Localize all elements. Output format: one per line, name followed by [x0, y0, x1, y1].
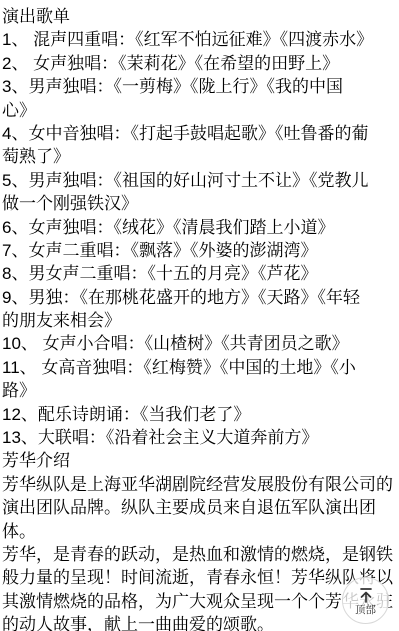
text-line: 芳华纵队是上海亚华湖剧院经营发展股份有限公司的: [2, 473, 399, 496]
text-line: 3、男声独唱：《一剪梅》《陇上行》《我的中国: [2, 75, 399, 98]
article-body: 演出歌单1、 混声四重唱：《红军不怕远征难》《四渡赤水》2、 女声独唱：《茉莉花…: [0, 0, 399, 631]
article-page: 演出歌单1、 混声四重唱：《红军不怕远征难》《四渡赤水》2、 女声独唱：《茉莉花…: [0, 0, 399, 631]
text-line: 路》: [2, 379, 399, 402]
text-line: 体。: [2, 520, 399, 543]
text-line: 4、女中音独唱：《打起手鼓唱起歌》《吐鲁番的葡: [2, 122, 399, 145]
text-line: 6、女声独唱：《绒花》《清晨我们踏上小道》: [2, 216, 399, 239]
arrow-up-to-top-icon: [357, 587, 375, 603]
text-lines: 演出歌单1、 混声四重唱：《红军不怕远征难》《四渡赤水》2、 女声独唱：《茉莉花…: [2, 5, 399, 631]
text-line: 9、男独：《在那桃花盛开的地方》《天路》《年轻: [2, 286, 399, 309]
text-line: 芳华介绍: [2, 449, 399, 472]
text-line: 5、男声独唱：《祖国的好山河寸土不让》《党教儿: [2, 169, 399, 192]
text-line: 2、 女声独唱：《茉莉花》《在希望的田野上》: [2, 52, 399, 75]
text-line: 演出歌单: [2, 5, 399, 28]
text-line: 般力量的呈现！时间流逝，青春永恒！芳华纵队将以: [2, 566, 399, 589]
text-line: 10、 女声小合唱：《山楂树》《共青团员之歌》: [2, 332, 399, 355]
text-line: 萄熟了》: [2, 145, 399, 168]
text-line: 做一个刚强铁汉》: [2, 192, 399, 215]
text-line: 11、 女高音独唱：《红梅赞》《中国的土地》《小: [2, 356, 399, 379]
text-line: 7、女声二重唱：《飘落》《外婆的澎湖湾》: [2, 239, 399, 262]
text-line: 其激情燃烧的品格，为广大观众呈现一个个芳华永驻: [2, 590, 399, 613]
text-line: 心》: [2, 99, 399, 122]
text-line: 演出团队品牌。纵队主要成员来自退伍军队演出团: [2, 496, 399, 519]
back-to-top-label: 顶部: [355, 604, 376, 616]
text-line: 1、 混声四重唱：《红军不怕远征难》《四渡赤水》: [2, 28, 399, 51]
back-to-top-button[interactable]: 顶部: [342, 577, 389, 624]
text-line: 的动人故事，献上一曲曲爱的颂歌。: [2, 613, 399, 631]
text-line: 芳华，是青春的跃动，是热血和激情的燃烧，是钢铁: [2, 543, 399, 566]
text-line: 12、配乐诗朗诵：《当我们老了》: [2, 403, 399, 426]
text-line: 的朋友来相会》: [2, 309, 399, 332]
text-line: 8、男女声二重唱：《十五的月亮》《芦花》: [2, 262, 399, 285]
text-line: 13、大联唱：《沿着社会主义大道奔前方》: [2, 426, 399, 449]
